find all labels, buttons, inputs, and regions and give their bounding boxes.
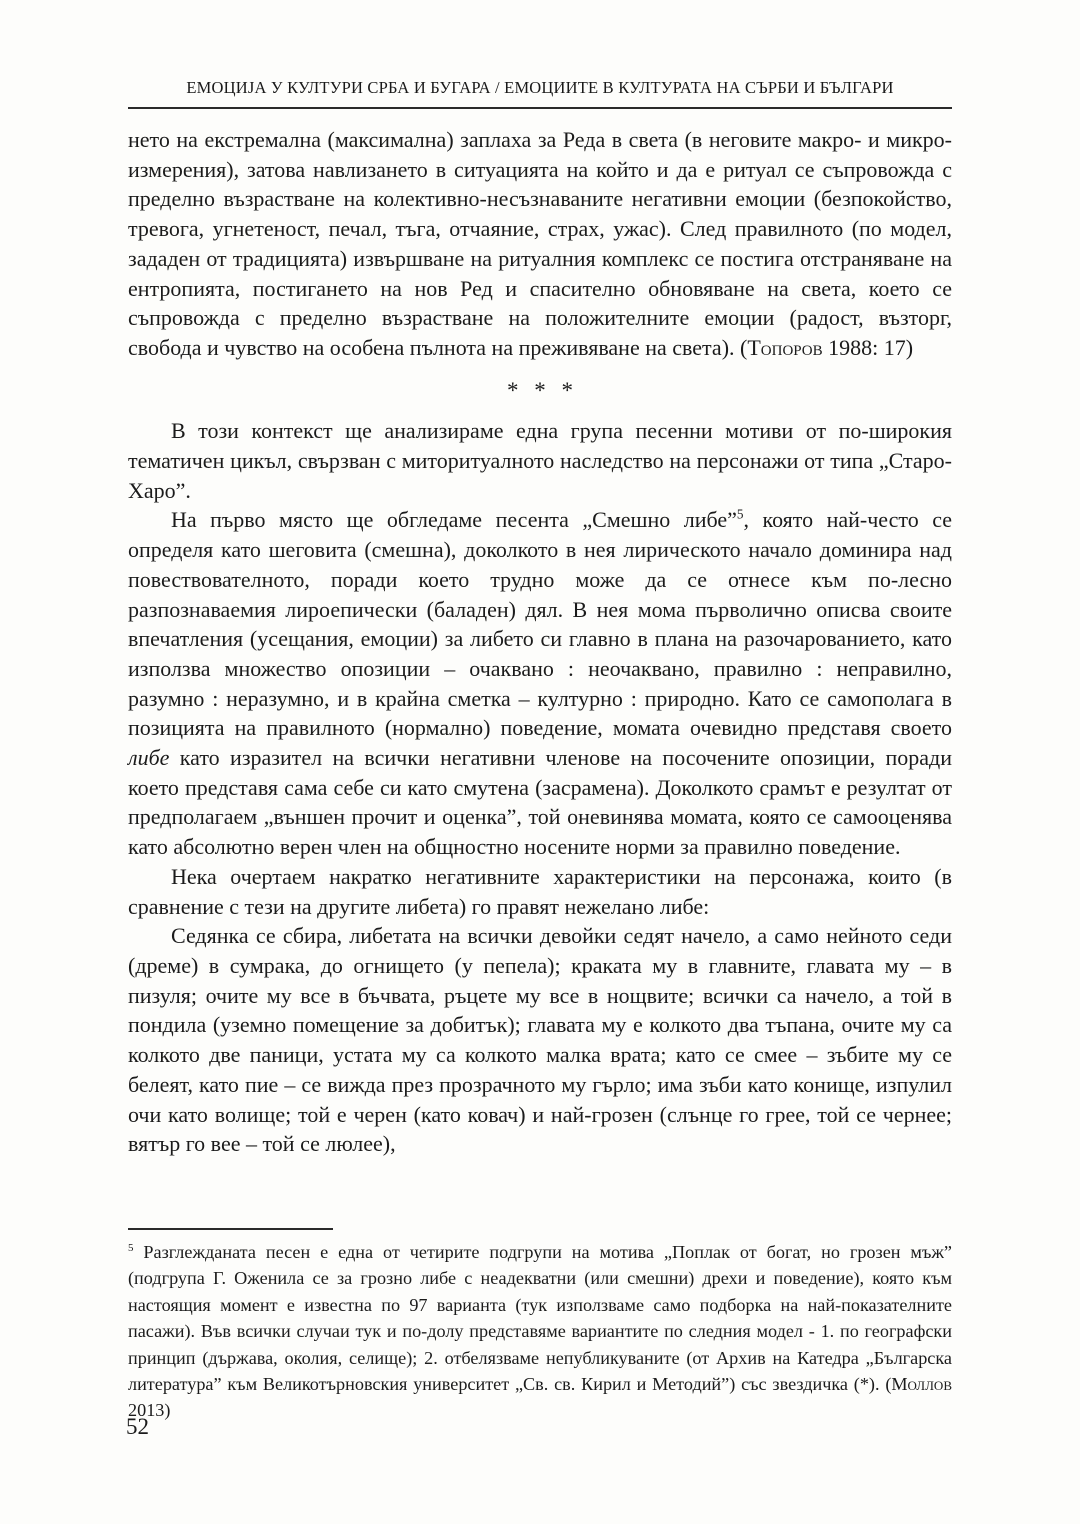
footnote-rule bbox=[128, 1228, 333, 1230]
paragraph-song-analysis: На първо място ще обгледаме песента „Сме… bbox=[128, 505, 952, 861]
paragraph-context: В този контекст ще анализираме една груп… bbox=[128, 416, 952, 505]
paragraph-continuation: нето на екстремална (максимална) заплаха… bbox=[128, 125, 952, 363]
footnote-area: 5 Разглежданата песен е една от четирите… bbox=[128, 1228, 952, 1424]
page-body: нето на екстремална (максимална) заплаха… bbox=[128, 125, 952, 1159]
running-header: ЕМОЦИЈА У КУЛТУРИ СРБА И БУГАРА / ЕМОЦИИ… bbox=[128, 0, 952, 109]
footnote-5: 5 Разглежданата песен е една от четирите… bbox=[128, 1239, 952, 1424]
paragraph-characteristics-intro: Нека очертаем накратко негативните харак… bbox=[128, 862, 952, 921]
section-separator: * * * bbox=[128, 376, 952, 406]
page-content-column: ЕМОЦИЈА У КУЛТУРИ СРБА И БУГАРА / ЕМОЦИИ… bbox=[128, 0, 952, 1159]
document-page: ЕМОЦИЈА У КУЛТУРИ СРБА И БУГАРА / ЕМОЦИИ… bbox=[0, 0, 1080, 1524]
paragraph-sedyanka-description: Седянка се сбира, либетата на всички дев… bbox=[128, 921, 952, 1159]
page-number: 52 bbox=[126, 1414, 149, 1440]
running-header-title: ЕМОЦИЈА У КУЛТУРИ СРБА И БУГАРА / ЕМОЦИИ… bbox=[128, 78, 952, 98]
header-rule bbox=[128, 107, 952, 109]
